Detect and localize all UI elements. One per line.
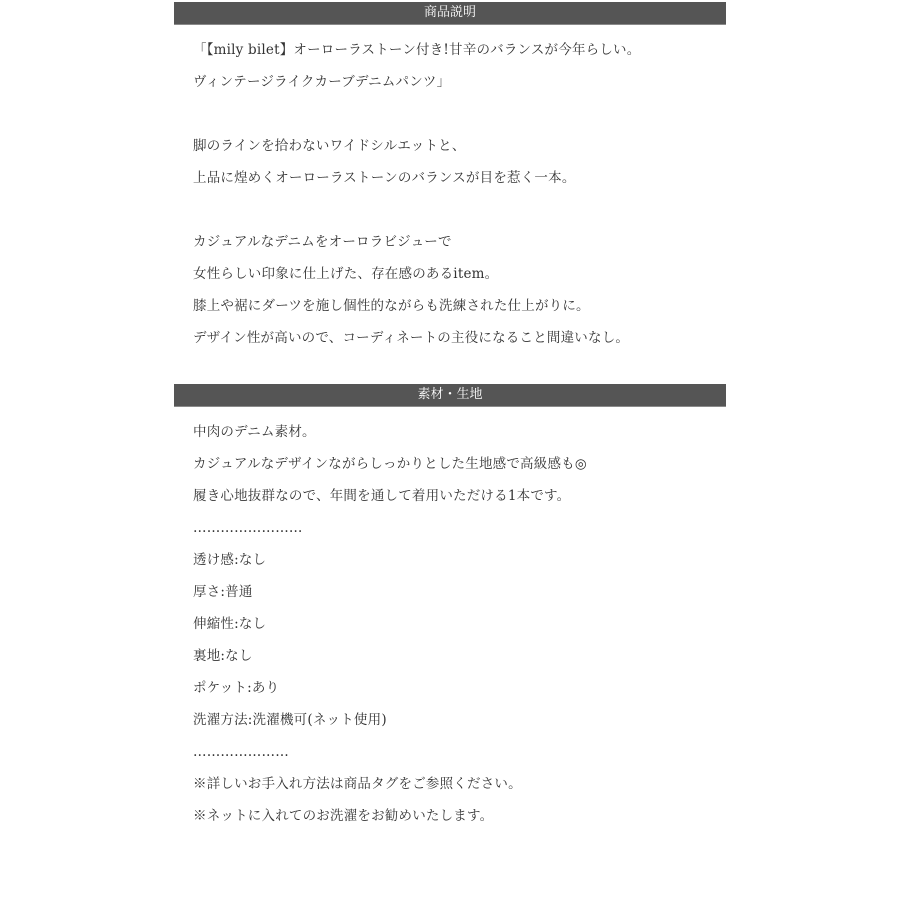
description-line: デザイン性が高いので、コーディネートの主役になること間違いなし。 [193, 327, 726, 359]
dotted-divider: ………………… [193, 741, 726, 773]
care-note: ※詳しいお手入れ方法は商品タグをご参照ください。 [193, 773, 726, 805]
blank-line [193, 199, 726, 231]
spec-transparency: 透け感:なし [193, 549, 726, 581]
blank-line [193, 103, 726, 135]
description-line: 膝上や裾にダーツを施し個性的ながらも洗練された仕上がりに。 [193, 295, 726, 327]
spec-washing: 洗濯方法:洗濯機可(ネット使用) [193, 709, 726, 741]
description-line: 女性らしい印象に仕上げた、存在感のあるitem。 [193, 263, 726, 295]
dotted-divider: …………………… [193, 517, 726, 549]
spec-thickness: 厚さ:普通 [193, 581, 726, 613]
description-line: 脚のラインを拾わないワイドシルエットと、 [193, 135, 726, 167]
spec-pocket: ポケット:あり [193, 677, 726, 709]
material-line: カジュアルなデザインながらしっかりとした生地感で高級感も◎ [193, 453, 726, 485]
description-line: 上品に煌めくオーローラストーンのバランスが目を惹く一本。 [193, 167, 726, 199]
spec-lining: 裏地:なし [193, 645, 726, 677]
spec-stretch: 伸縮性:なし [193, 613, 726, 645]
care-note: ※ネットに入れてのお洗濯をお勧めいたします。 [193, 805, 726, 837]
description-line: 「【mily bilet】オーローラストーン付き!甘辛のバランスが今年らしい。 [193, 39, 726, 71]
section-header: 素材・生地 [174, 384, 726, 407]
description-line: ヴィンテージライクカーブデニムパンツ」 [193, 71, 726, 103]
material-line: 中肉のデニム素材。 [193, 421, 726, 453]
material-line: 履き心地抜群なので、年間を通して着用いただける1本です。 [193, 485, 726, 517]
section-body: 「【mily bilet】オーローラストーン付き!甘辛のバランスが今年らしい。 … [174, 25, 726, 359]
section-header: 商品説明 [174, 2, 726, 25]
section-material-fabric: 素材・生地 中肉のデニム素材。 カジュアルなデザインながらしっかりとした生地感で… [174, 384, 726, 837]
section-body: 中肉のデニム素材。 カジュアルなデザインながらしっかりとした生地感で高級感も◎ … [174, 407, 726, 837]
section-product-description: 商品説明 「【mily bilet】オーローラストーン付き!甘辛のバランスが今年… [174, 2, 726, 359]
description-line: カジュアルなデニムをオーロラビジューで [193, 231, 726, 263]
